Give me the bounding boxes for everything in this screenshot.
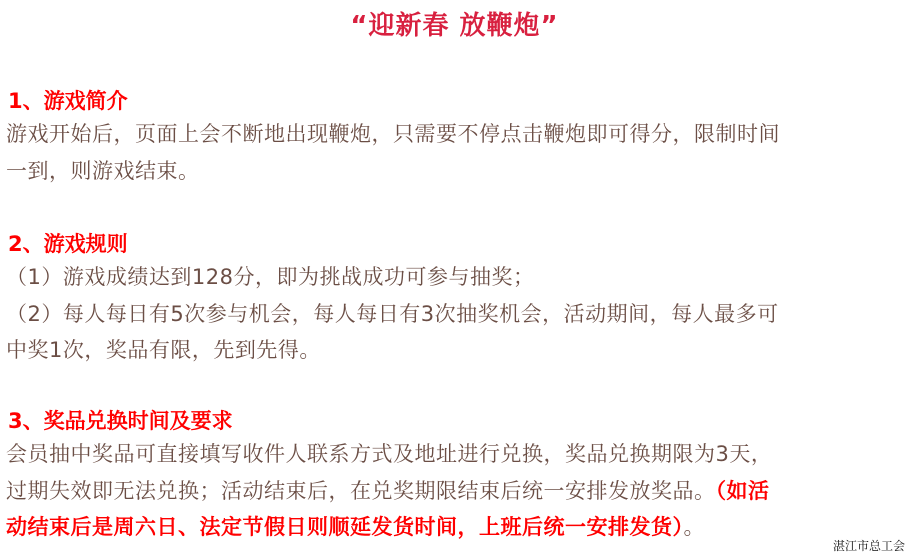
rule-item: （2）每人每日有5次参与机会，每人每日有3次抽奖机会，活动期间，每人最多可 [6, 296, 906, 333]
section-heading-intro: 1、游戏简介 [8, 86, 128, 116]
text-line: 一到，则游戏结束。 [6, 153, 906, 190]
text-line: 游戏开始后，页面上会不断地出现鞭炮，只需要不停点击鞭炮即可得分，限制时间 [6, 116, 906, 153]
section-body-intro: 游戏开始后，页面上会不断地出现鞭炮，只需要不停点击鞭炮即可得分，限制时间 一到，… [6, 116, 906, 189]
emphasis-text: 动结束后是周六日、法定节假日则顺延发货时间，上班后统一安排发货） [6, 515, 684, 539]
text-line: 过期失效即无法兑换；活动结束后，在兑奖期限结束后统一安排发放奖品。（如活 [6, 473, 906, 510]
section-body-prize-redemption: 会员抽中奖品可直接填写收件人联系方式及地址进行兑换，奖品兑换期限为3天， 过期失… [6, 436, 906, 546]
text-line: 中奖1次，奖品有限，先到先得。 [6, 332, 906, 369]
text-segment: 过期失效即无法兑换；活动结束后，在兑奖期限结束后统一安排发放奖品。 [6, 479, 716, 503]
section-body-rules: （1）游戏成绩达到128分，即为挑战成功可参与抽奖； （2）每人每日有5次参与机… [6, 259, 906, 369]
signature: 湛江市总工会 [833, 538, 905, 554]
text-line: 动结束后是周六日、法定节假日则顺延发货时间，上班后统一安排发货）。 [6, 509, 906, 546]
rule-item: （1）游戏成绩达到128分，即为挑战成功可参与抽奖； [6, 259, 906, 296]
emphasis-text: （如活 [716, 479, 770, 503]
section-heading-rules: 2、游戏规则 [8, 229, 128, 259]
page-title: “迎新春 放鞭炮” [0, 6, 909, 46]
section-heading-prize-redemption: 3、奖品兑换时间及要求 [8, 406, 233, 436]
text-segment: 。 [684, 515, 706, 539]
text-line: 会员抽中奖品可直接填写收件人联系方式及地址进行兑换，奖品兑换期限为3天， [6, 436, 906, 473]
